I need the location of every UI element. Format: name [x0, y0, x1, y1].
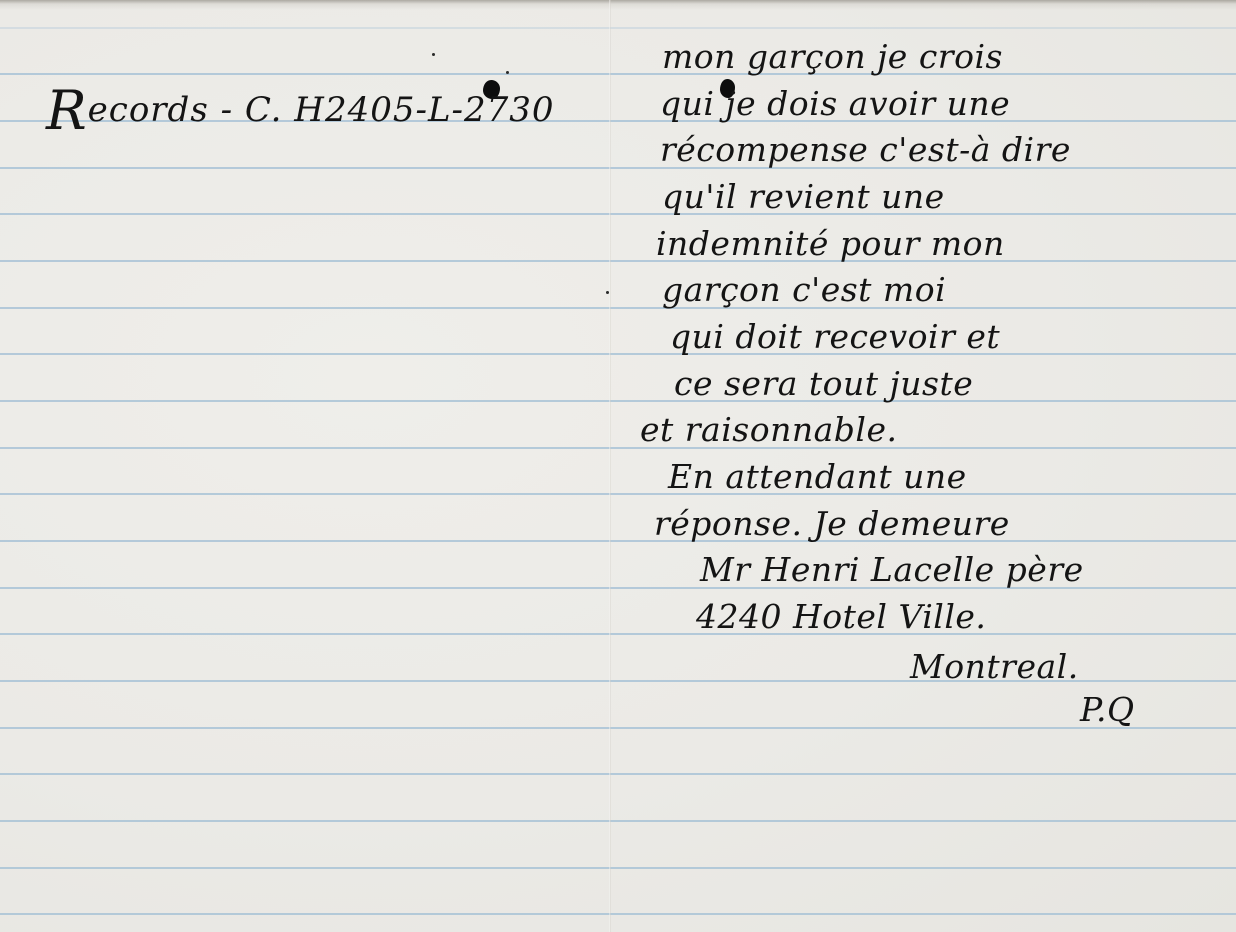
letter-line: P.Q: [1080, 693, 1135, 726]
ruled-line: [0, 727, 1236, 729]
reference-initial: R: [46, 79, 88, 142]
ruled-line: [0, 27, 1236, 29]
letter-line: ce sera tout juste: [674, 367, 973, 400]
letter-page: Records - C. H2405-L-2730 mon garçon je …: [0, 0, 1236, 932]
ruled-line: [0, 73, 1236, 75]
ruled-line: [0, 400, 1236, 402]
ink-speck: [606, 291, 609, 294]
ruled-line: [0, 307, 1236, 309]
letter-line: garçon c'est moi: [662, 273, 946, 306]
letter-line: indemnité pour mon: [656, 227, 1005, 260]
letter-line: qui je dois avoir une: [660, 87, 1010, 120]
letter-line: récompense c'est-à dire: [660, 133, 1071, 166]
paper-fold-crease: [609, 0, 611, 932]
letter-line: mon garçon je crois: [662, 40, 1003, 73]
ink-speck: [506, 71, 509, 74]
letter-line: En attendant une: [668, 460, 967, 493]
ruled-line: [0, 493, 1236, 495]
ruled-line: [0, 447, 1236, 449]
ruled-line: [0, 353, 1236, 355]
ruled-line: [0, 633, 1236, 635]
ruled-line: [0, 213, 1236, 215]
letter-line: qui doit recevoir et: [670, 320, 1000, 353]
ink-speck: [432, 53, 435, 56]
ruled-line: [0, 867, 1236, 869]
letter-line: réponse. Je demeure: [654, 507, 1010, 540]
ruled-line: [0, 540, 1236, 542]
letter-line: Montreal.: [910, 650, 1079, 683]
letter-line: Mr Henri Lacelle père: [700, 553, 1084, 586]
reference-text: ecords - C. H2405-L-2730: [88, 90, 555, 130]
letter-line: 4240 Hotel Ville.: [696, 600, 986, 633]
letter-line: qu'il revient une: [662, 180, 945, 213]
ruled-line: [0, 260, 1236, 262]
ruled-line: [0, 820, 1236, 822]
letter-line: et raisonnable.: [640, 413, 897, 446]
archive-reference-number: Records - C. H2405-L-2730: [46, 76, 555, 130]
ruled-line: [0, 773, 1236, 775]
ruled-line: [0, 913, 1236, 915]
